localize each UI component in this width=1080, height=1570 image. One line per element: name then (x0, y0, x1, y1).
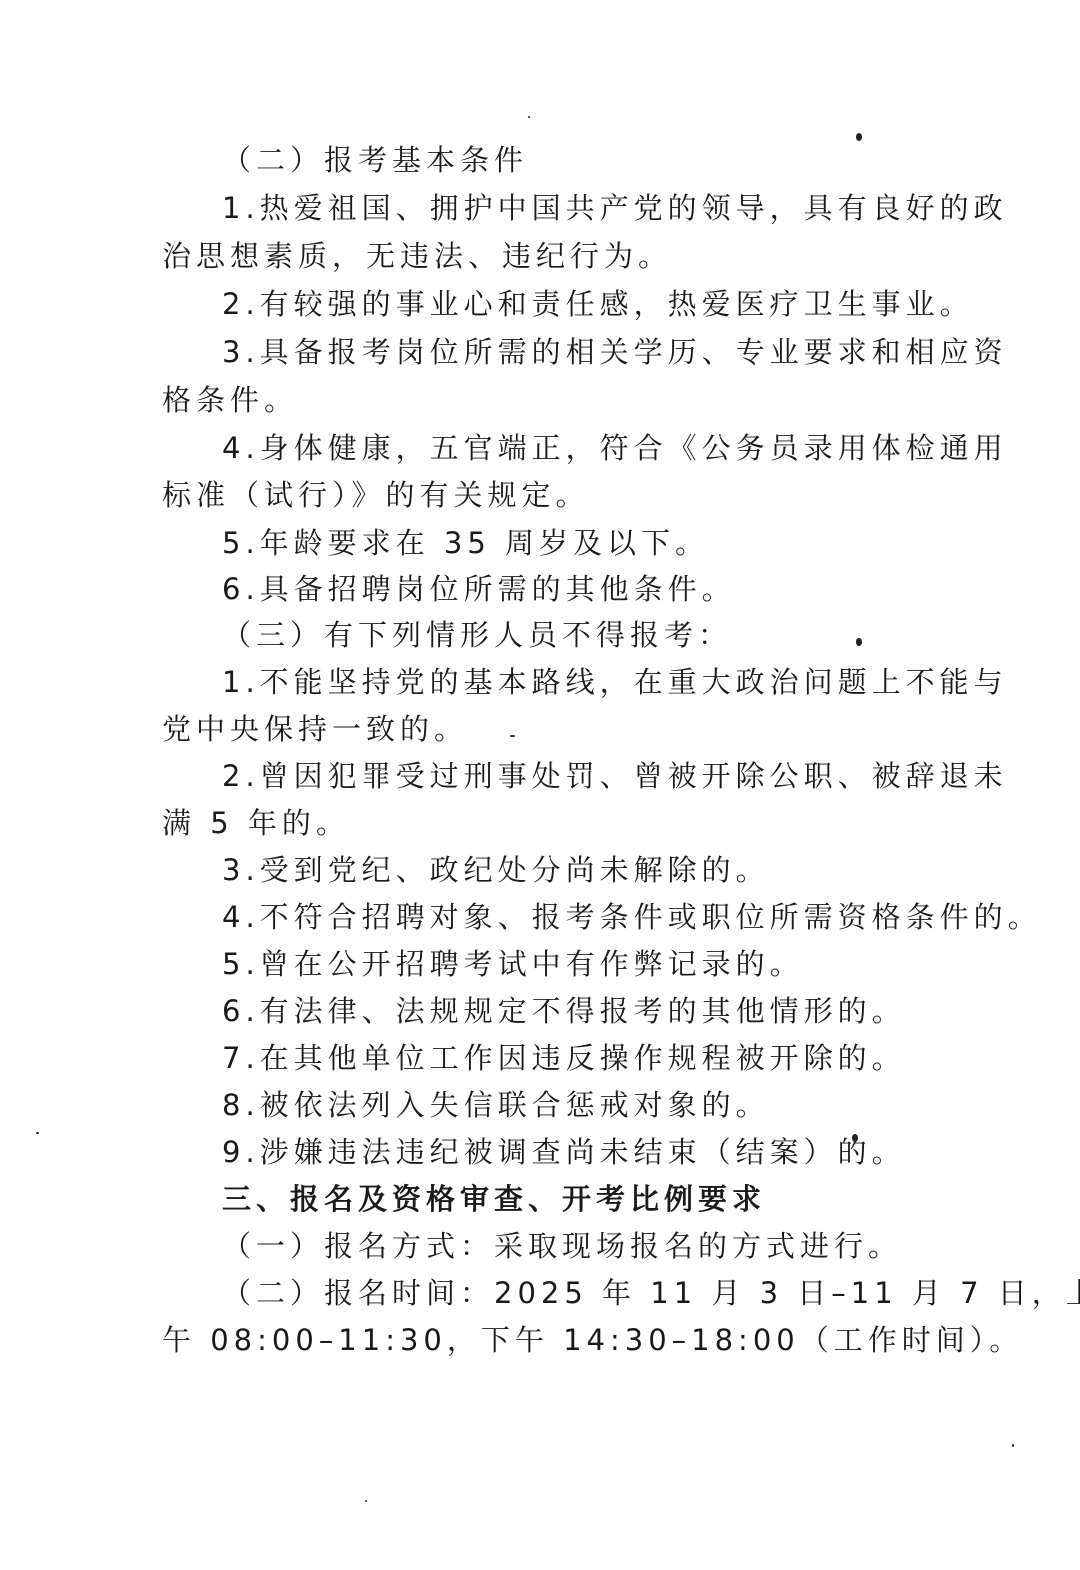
condition-item-6: 6.具备招聘岗位所需的其他条件。 (222, 571, 736, 607)
condition-item-4-cont: 标准（试行）》的有关规定。 (162, 477, 590, 513)
exclusion-item-1-cont: 党中央保持一致的。 (162, 711, 468, 747)
condition-item-1-cont: 治思想素质，无违法、违纪行为。 (162, 238, 672, 274)
condition-item-1: 1.热爱祖国、拥护中国共产党的领导，具有良好的政 (222, 190, 1008, 226)
condition-item-3: 3.具备报考岗位所需的相关学历、专业要求和相应资 (222, 334, 1008, 370)
section-subheading-exclusions: （三）有下列情形人员不得报考： (222, 617, 732, 653)
exclusion-item-6: 6.有法律、法规规定不得报考的其他情形的。 (222, 993, 906, 1029)
exclusion-item-1: 1.不能坚持党的基本路线，在重大政治问题上不能与 (222, 664, 1008, 700)
scan-speck (856, 133, 862, 141)
scan-speck (36, 1132, 39, 1134)
condition-item-2: 2.有较强的事业心和责任感，热爱医疗卫生事业。 (222, 286, 974, 322)
scan-speck (365, 1500, 367, 1502)
exclusion-item-2: 2.曾因犯罪受过刑事处罚、曾被开除公职、被辞退未 (222, 758, 1008, 794)
registration-method: （一）报名方式：采取现场报名的方式进行。 (222, 1228, 902, 1264)
exclusion-item-8: 8.被依法列入失信联合惩戒对象的。 (222, 1087, 770, 1123)
exclusion-item-5: 5.曾在公开招聘考试中有作弊记录的。 (222, 946, 804, 982)
registration-time: （二）报名时间：2025 年 11 月 3 日–11 月 7 日，上 (222, 1275, 1080, 1311)
scan-speck (852, 1134, 858, 1142)
document-page: （二）报考基本条件 1.热爱祖国、拥护中国共产党的领导，具有良好的政 治思想素质… (0, 0, 1080, 1570)
condition-item-5: 5.年龄要求在 35 周岁及以下。 (222, 525, 709, 561)
exclusion-item-3: 3.受到党纪、政纪处分尚未解除的。 (222, 852, 770, 888)
scan-speck (856, 638, 862, 646)
scan-speck (1012, 1444, 1014, 1447)
section-subheading-basic-conditions: （二）报考基本条件 (222, 142, 528, 178)
condition-item-4: 4.身体健康，五官端正，符合《公务员录用体检通用 (222, 430, 1008, 466)
exclusion-item-9: 9.涉嫌违法违纪被调查尚未结束（结案）的。 (222, 1134, 906, 1170)
exclusion-item-2-cont: 满 5 年的。 (162, 805, 350, 841)
registration-time-cont: 午 08:00–11:30，下午 14:30–18:00（工作时间）。 (162, 1322, 1023, 1358)
section-heading-registration: 三、报名及资格审查、开考比例要求 (222, 1181, 766, 1217)
exclusion-item-7: 7.在其他单位工作因违反操作规程被开除的。 (222, 1040, 906, 1076)
scan-speck (510, 735, 515, 737)
exclusion-item-4: 4.不符合招聘对象、报考条件或职位所需资格条件的。 (222, 899, 1042, 935)
condition-item-3-cont: 格条件。 (162, 382, 298, 418)
scan-speck (528, 116, 530, 118)
